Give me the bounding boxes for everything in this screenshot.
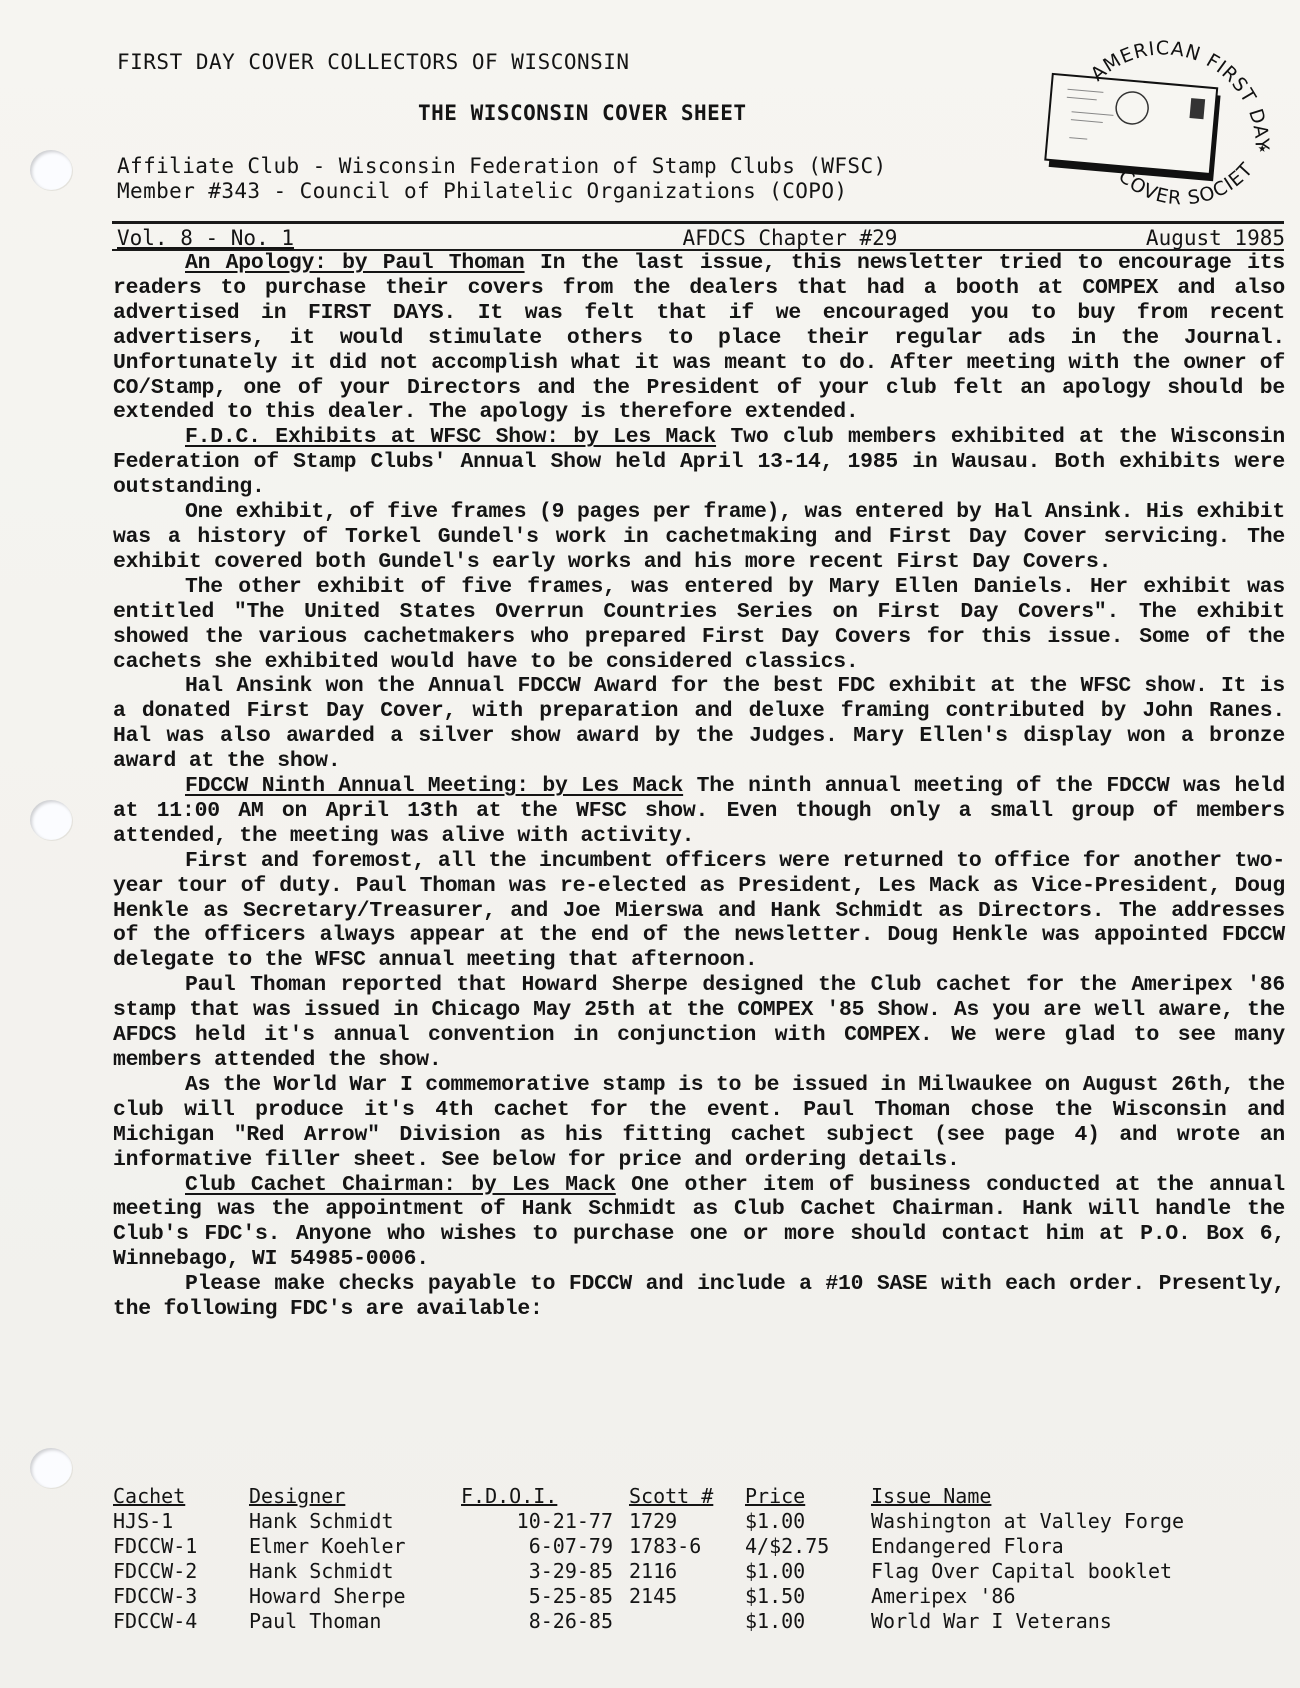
- paragraph-text: Hal Ansink won the Annual FDCCW Award fo…: [113, 674, 1285, 773]
- column-header: Issue Name: [871, 1484, 1184, 1509]
- newsletter-title: THE WISCONSIN COVER SHEET: [418, 101, 747, 125]
- article-heading: F.D.C. Exhibits at WFSC Show: by Les Mac…: [185, 425, 716, 449]
- punch-hole: [30, 150, 72, 190]
- issue-date: August 1985: [1146, 226, 1285, 250]
- punch-hole: [30, 800, 72, 840]
- table-cell: 10-21-77: [461, 1509, 629, 1534]
- paragraph-text: First and foremost, all the incumbent of…: [113, 849, 1285, 973]
- table-cell: FDCCW-3: [113, 1584, 249, 1609]
- table-cell: Hank Schmidt: [249, 1559, 461, 1584]
- column-header: Scott #: [629, 1484, 745, 1509]
- paragraph-text: One exhibit, of five frames (9 pages per…: [113, 500, 1285, 574]
- afdcs-envelope-seal-icon: AMERICAN FIRST DAY COVER SOCIETY ★: [1020, 22, 1290, 237]
- member-line: Member #343 - Council of Philatelic Orga…: [117, 179, 847, 203]
- paragraph-text: Please make checks payable to FDCCW and …: [113, 1272, 1285, 1321]
- chapter-number: AFDCS Chapter #29: [683, 226, 898, 250]
- table-cell: $1.00: [745, 1509, 871, 1534]
- table-row: HJS-1Hank Schmidt10-21-771729$1.00Washin…: [113, 1509, 1184, 1534]
- article-paragraph: The other exhibit of five frames, was en…: [113, 575, 1285, 675]
- article-paragraph: As the World War I commemorative stamp i…: [113, 1073, 1285, 1173]
- paragraph-text: Paul Thoman reported that Howard Sherpe …: [113, 973, 1285, 1072]
- table-cell: 6-07-79: [461, 1534, 629, 1559]
- table-cell: FDCCW-1: [113, 1534, 249, 1559]
- table-row: FDCCW-2Hank Schmidt3-29-852116$1.00Flag …: [113, 1559, 1184, 1584]
- table-cell: Washington at Valley Forge: [871, 1509, 1184, 1534]
- table-row: FDCCW-1Elmer Koehler6-07-791783-64/$2.75…: [113, 1534, 1184, 1559]
- club-name: FIRST DAY COVER COLLECTORS OF WISCONSIN: [117, 50, 630, 74]
- table-cell: [629, 1609, 745, 1634]
- paragraph-text: The other exhibit of five frames, was en…: [113, 575, 1285, 674]
- header-rule: [112, 221, 1284, 224]
- table-cell: World War I Veterans: [871, 1609, 1184, 1634]
- column-header: Designer: [249, 1484, 461, 1509]
- table-cell: Ameripex '86: [871, 1584, 1184, 1609]
- paragraph-text: As the World War I commemorative stamp i…: [113, 1073, 1285, 1172]
- article-lead-paragraph: FDCCW Ninth Annual Meeting: by Les Mack …: [113, 774, 1285, 849]
- punch-hole: [30, 1448, 72, 1488]
- table-row: FDCCW-4Paul Thoman8-26-85$1.00World War …: [113, 1609, 1184, 1634]
- article-body: An Apology: by Paul Thoman In the last i…: [113, 251, 1285, 1322]
- table-cell: 3-29-85: [461, 1559, 629, 1584]
- table-cell: 1783-6: [629, 1534, 745, 1559]
- article-paragraph: First and foremost, all the incumbent of…: [113, 849, 1285, 974]
- table-cell: Hank Schmidt: [249, 1509, 461, 1534]
- table-row: FDCCW-3Howard Sherpe5-25-852145$1.50Amer…: [113, 1584, 1184, 1609]
- table-cell: 4/$2.75: [745, 1534, 871, 1559]
- column-header: Cachet: [113, 1484, 249, 1509]
- cachet-table: CachetDesignerF.D.O.I.Scott #PriceIssue …: [113, 1484, 1184, 1634]
- article-lead-paragraph: Club Cachet Chairman: by Les Mack One ot…: [113, 1173, 1285, 1273]
- table-cell: 5-25-85: [461, 1584, 629, 1609]
- table-cell: HJS-1: [113, 1509, 249, 1534]
- volume-number: Vol. 8 - No. 1: [117, 226, 294, 250]
- newsletter-page: FIRST DAY COVER COLLECTORS OF WISCONSIN …: [0, 0, 1300, 1688]
- table-cell: Endangered Flora: [871, 1534, 1184, 1559]
- article-heading: Club Cachet Chairman: by Les Mack: [185, 1173, 616, 1197]
- article-paragraph: Paul Thoman reported that Howard Sherpe …: [113, 973, 1285, 1073]
- table-cell: Flag Over Capital booklet: [871, 1559, 1184, 1584]
- article-paragraph: Please make checks payable to FDCCW and …: [113, 1272, 1285, 1322]
- table-cell: 2145: [629, 1584, 745, 1609]
- table-cell: 8-26-85: [461, 1609, 629, 1634]
- table-cell: Howard Sherpe: [249, 1584, 461, 1609]
- article-paragraph: Hal Ansink won the Annual FDCCW Award fo…: [113, 674, 1285, 774]
- column-header: F.D.O.I.: [461, 1484, 629, 1509]
- column-header: Price: [745, 1484, 871, 1509]
- article-lead-paragraph: F.D.C. Exhibits at WFSC Show: by Les Mac…: [113, 425, 1285, 500]
- star-icon: ★: [1258, 140, 1267, 156]
- article-heading: FDCCW Ninth Annual Meeting: by Les Mack: [185, 774, 683, 798]
- affiliate-line: Affiliate Club - Wisconsin Federation of…: [117, 154, 887, 178]
- table-cell: Elmer Koehler: [249, 1534, 461, 1559]
- table-cell: FDCCW-2: [113, 1559, 249, 1584]
- table-header-row: CachetDesignerF.D.O.I.Scott #PriceIssue …: [113, 1484, 1184, 1509]
- article-lead-paragraph: An Apology: by Paul Thoman In the last i…: [113, 251, 1285, 425]
- table-cell: 1729: [629, 1509, 745, 1534]
- article-paragraph: One exhibit, of five frames (9 pages per…: [113, 500, 1285, 575]
- issue-info-bar: Vol. 8 - No. 1 AFDCS Chapter #29 August …: [117, 226, 1285, 250]
- paragraph-text: In the last issue, this newsletter tried…: [113, 251, 1285, 424]
- table-cell: FDCCW-4: [113, 1609, 249, 1634]
- table-cell: 2116: [629, 1559, 745, 1584]
- table-cell: $1.00: [745, 1609, 871, 1634]
- article-heading: An Apology: by Paul Thoman: [185, 251, 525, 275]
- table-cell: $1.50: [745, 1584, 871, 1609]
- table-cell: Paul Thoman: [249, 1609, 461, 1634]
- table-cell: $1.00: [745, 1559, 871, 1584]
